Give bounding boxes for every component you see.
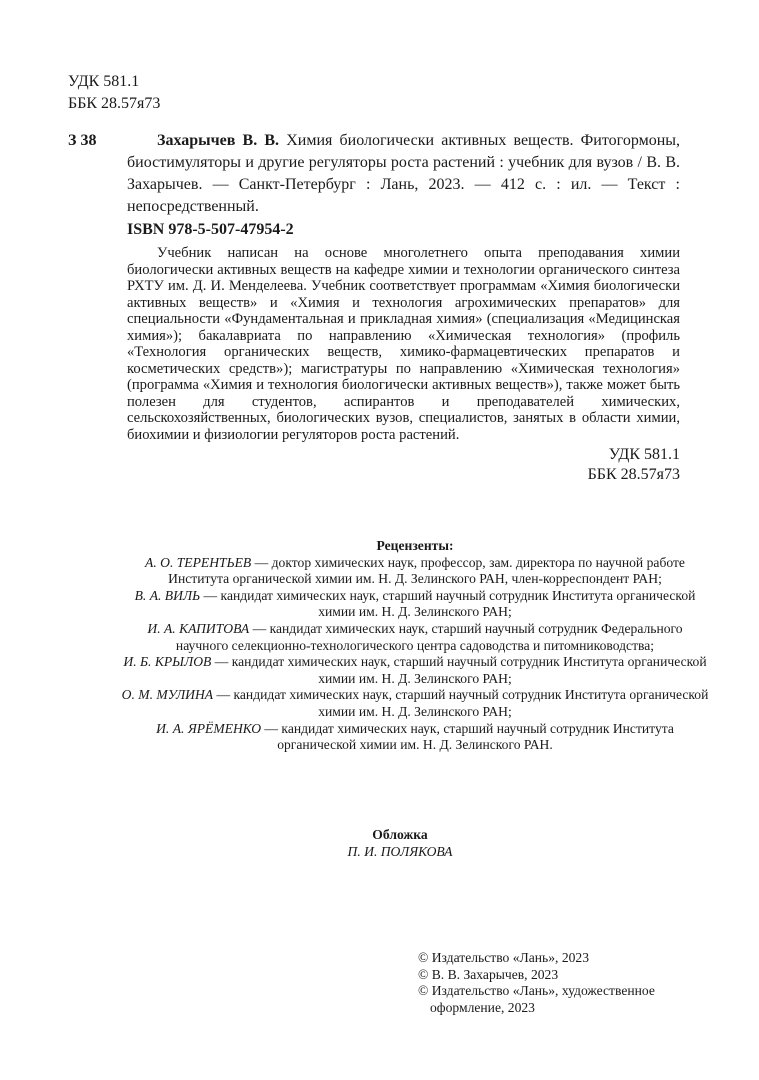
reviewer-desc: — кандидат химических наук, старший науч…	[213, 687, 708, 719]
reviewer-desc: — кандидат химических наук, старший науч…	[200, 588, 695, 620]
reviewer-item: В. А. ВИЛЬ — кандидат химических наук, с…	[120, 588, 710, 621]
cover-heading: Обложка	[280, 826, 520, 843]
copyright-line: © В. В. Захарычев, 2023	[418, 967, 655, 984]
reviewer-name: И. А. КАПИТОВА	[147, 621, 249, 636]
abstract: Учебник написан на основе многолетнего о…	[127, 245, 680, 443]
reviewer-item: О. М. МУЛИНА — кандидат химических наук,…	[120, 687, 710, 720]
reviewer-item: И. А. ЯРЁМЕНКО — кандидат химических нау…	[120, 721, 710, 754]
copyright-line: оформление, 2023	[418, 1000, 655, 1017]
reviewer-item: И. Б. КРЫЛОВ — кандидат химических наук,…	[120, 654, 710, 687]
isbn: ISBN 978-5-507-47954-2	[127, 219, 294, 241]
cover-credit: Обложка П. И. ПОЛЯКОВА	[280, 826, 520, 860]
reviewer-desc: — кандидат химических наук, старший науч…	[261, 721, 674, 753]
copyright-line: © Издательство «Лань», художественное	[418, 983, 655, 1000]
reviewers-heading: Рецензенты:	[120, 538, 710, 555]
classification-right: УДК 581.1 ББК 28.57я73	[588, 445, 680, 485]
author-name: Захарычев В. В.	[157, 132, 279, 149]
reviewer-name: И. Б. КРЫЛОВ	[123, 654, 211, 669]
reviewer-item: А. О. ТЕРЕНТЬЕВ — доктор химических наук…	[120, 555, 710, 588]
reviewer-item: И. А. КАПИТОВА — кандидат химических нау…	[120, 621, 710, 654]
copyright-line: © Издательство «Лань», 2023	[418, 950, 655, 967]
reviewers-block: Рецензенты: А. О. ТЕРЕНТЬЕВ — доктор хим…	[120, 538, 710, 754]
copyright-block: © Издательство «Лань», 2023 © В. В. Заха…	[418, 950, 655, 1016]
udk-code-right: УДК 581.1	[588, 445, 680, 465]
bbk-code: ББК 28.57я73	[68, 93, 160, 115]
author-sign: З 38	[68, 130, 96, 152]
cover-artist: П. И. ПОЛЯКОВА	[280, 843, 520, 860]
reviewer-name: О. М. МУЛИНА	[122, 687, 213, 702]
reviewer-name: А. О. ТЕРЕНТЬЕВ	[145, 555, 251, 570]
bbk-code-right: ББК 28.57я73	[588, 465, 680, 485]
reviewer-desc: — кандидат химических наук, старший науч…	[211, 654, 706, 686]
bibliographic-record: Захарычев В. В. Химия биологически актив…	[127, 130, 680, 218]
classification-top: УДК 581.1 ББК 28.57я73	[68, 71, 160, 115]
reviewer-name: И. А. ЯРЁМЕНКО	[156, 721, 261, 736]
reviewer-desc: — кандидат химических наук, старший науч…	[176, 621, 683, 653]
reviewer-name: В. А. ВИЛЬ	[135, 588, 201, 603]
udk-code: УДК 581.1	[68, 71, 160, 93]
